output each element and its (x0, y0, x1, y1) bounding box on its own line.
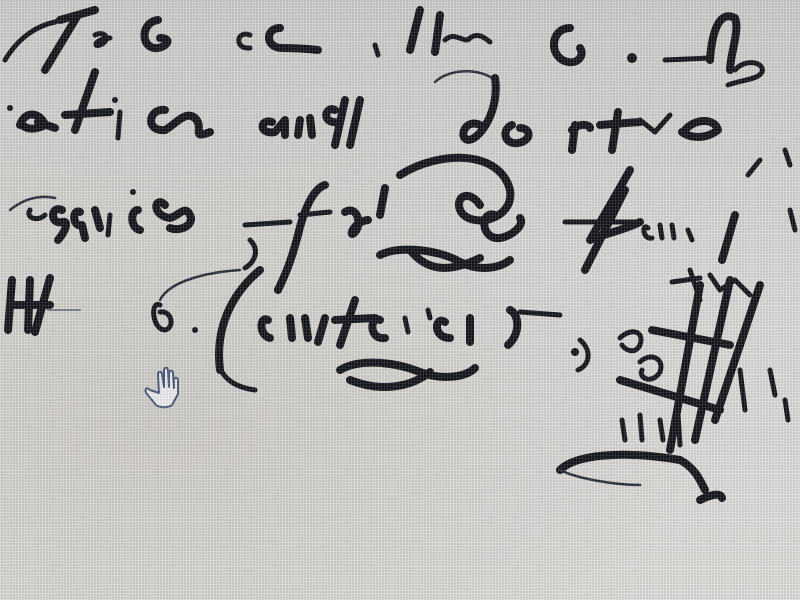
handwriting-line-2 (7, 71, 790, 165)
margin-annotation (560, 270, 788, 500)
manuscript-image (0, 0, 800, 600)
hand-pan-cursor-icon (138, 360, 188, 410)
handwriting-line-3 (10, 158, 795, 290)
document-viewer[interactable]: ...ree ce Marc . Le ...atice aussi de ce… (0, 0, 800, 600)
handwriting-line-1 (5, 10, 762, 85)
